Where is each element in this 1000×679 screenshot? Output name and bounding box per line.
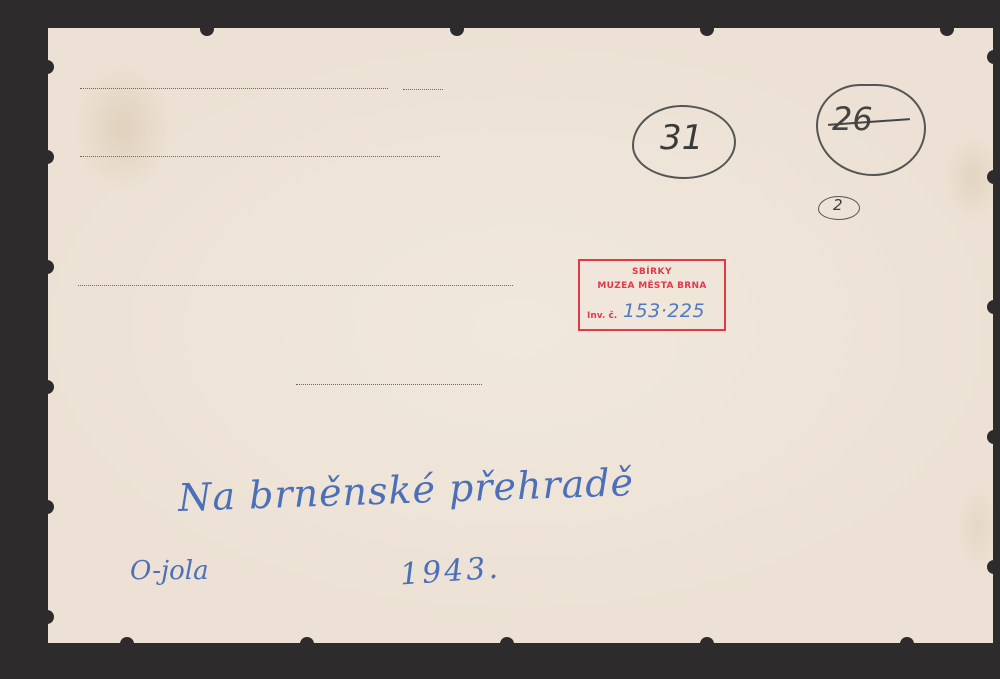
handwritten-year: 1943. (399, 551, 502, 593)
address-line-4 (296, 384, 482, 385)
address-line-1 (80, 88, 388, 89)
handwritten-caption: Na brněnské přehradě (177, 460, 634, 520)
address-line-1-end (403, 89, 443, 90)
stamp-inventory-label: Inv. č. (587, 311, 617, 321)
stamp-line-museum: MUZEA MĚSTA BRNA (580, 281, 724, 291)
pencil-small-mark: 2 (833, 196, 843, 214)
pencil-number-26: 26 (832, 100, 873, 138)
pencil-number-31: 31 (660, 118, 703, 158)
postcard-back: 31 26 2 SBÍRKY MUZEA MĚSTA BRNA Inv. č. … (48, 28, 993, 643)
museum-collection-stamp: SBÍRKY MUZEA MĚSTA BRNA Inv. č. 153·225 (578, 259, 726, 331)
handwritten-author: O-jola (130, 556, 209, 586)
address-line-3 (78, 285, 513, 286)
stamp-inventory-number: 153·225 (623, 300, 705, 322)
address-line-2 (80, 156, 440, 157)
stamp-line-collections: SBÍRKY (580, 267, 724, 277)
